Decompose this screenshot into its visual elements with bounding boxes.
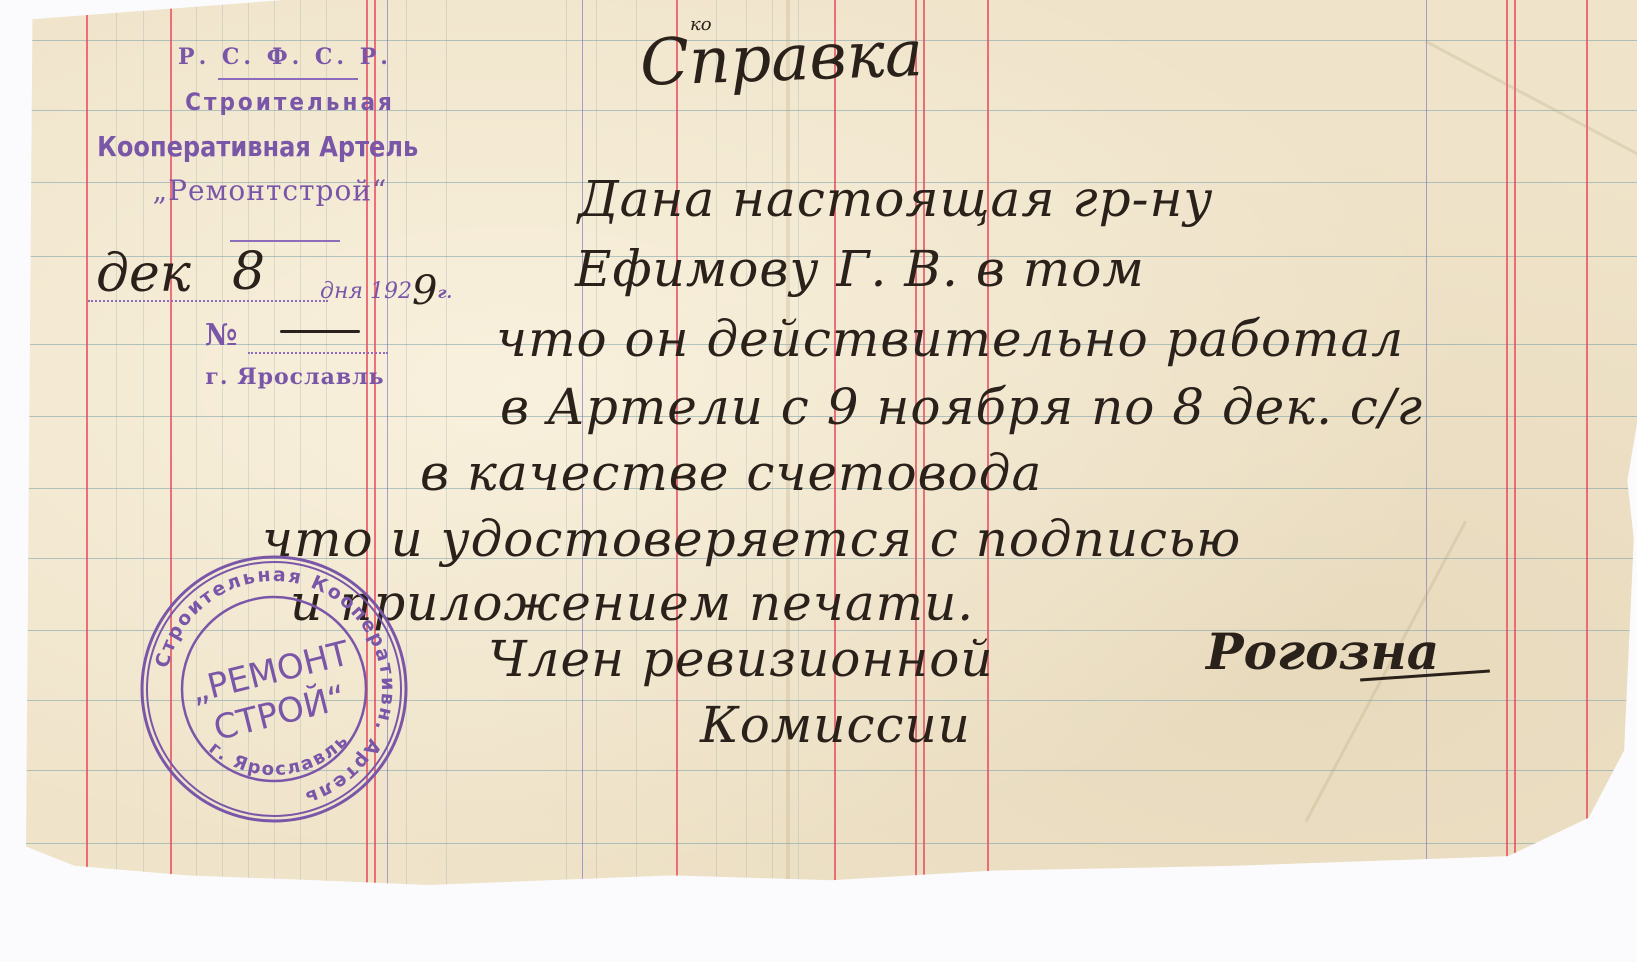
stamp-day-year-label: дня 192 <box>320 279 412 304</box>
ruled-line <box>26 843 1637 844</box>
round-seal-stamp: Строительная Кооперативн. Артель г. Ярос… <box>138 553 410 825</box>
stamp-line-company-name: „Ремонтстрой“ <box>110 174 430 207</box>
body-line-4: в Артели с 9 ноября по 8 дек. с/г <box>500 378 1423 436</box>
body-line-3: что он действительно работал <box>496 310 1404 368</box>
handwritten-year-digit: 9 <box>412 268 437 314</box>
stamp-line-cooperative: Кооперативная Артель <box>90 130 425 163</box>
margin-rule <box>1586 0 1588 962</box>
stamp-republic: Р. С. Ф. С. Р. <box>160 44 410 70</box>
stamp-year-suffix: г. <box>437 283 452 302</box>
body-line-1: Дана настоящая гр-ну <box>578 170 1213 228</box>
handwritten-day: 8 <box>232 242 265 302</box>
stamp-city: г. Ярославль <box>170 364 420 390</box>
paper-crease <box>1425 40 1637 165</box>
document-title: Справка <box>639 17 924 101</box>
margin-rule <box>1514 0 1516 962</box>
signature: Рогозна <box>1206 622 1439 681</box>
body-line-5: в качестве счетовода <box>420 444 1042 502</box>
stamp-date-suffix: дня 1929г. <box>320 262 452 308</box>
number-dotted-line <box>248 352 388 354</box>
handwritten-number-dash <box>280 330 360 333</box>
stamp-divider <box>218 78 358 80</box>
margin-rule <box>86 0 88 962</box>
stamp-number-label: № <box>205 318 238 353</box>
body-line-2: Ефимову Г. В. в том <box>575 240 1145 298</box>
margin-rule <box>1506 0 1508 962</box>
column-rule <box>1426 0 1427 962</box>
signature-role-line-2: Комиссии <box>700 696 971 754</box>
handwritten-month: дек <box>96 244 191 304</box>
signature-role-line-1: Член ревизионной <box>488 630 994 688</box>
stamp-line-construction: Строительная <box>130 88 450 116</box>
